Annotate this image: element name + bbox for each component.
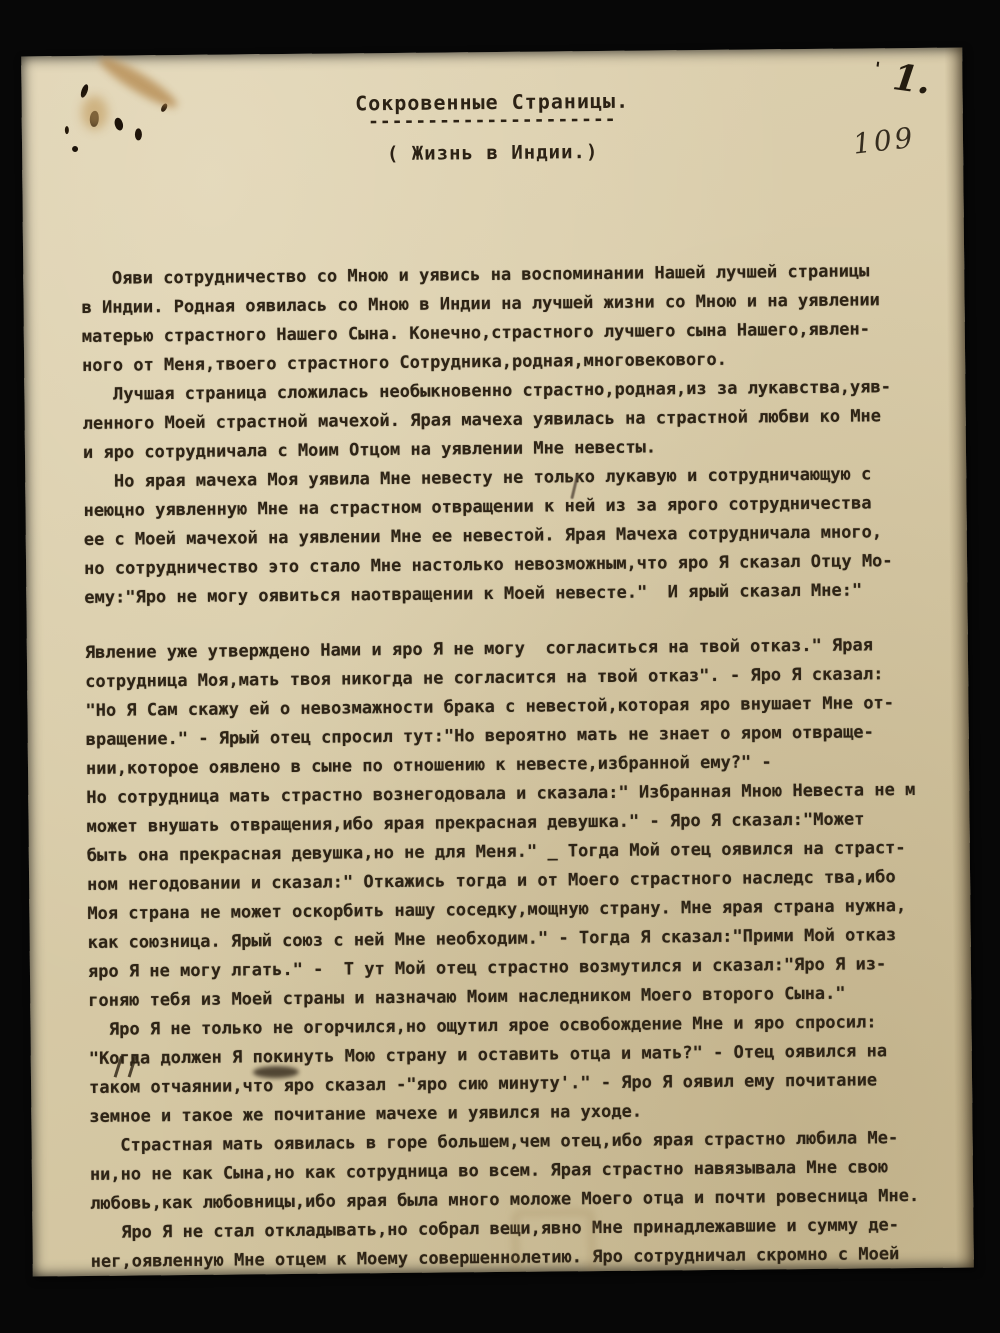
faint-stamp-ghost <box>512 1209 595 1276</box>
typescript-body: Ояви сотрудничество со Мною и уявись на … <box>80 170 963 1277</box>
page-subtitle: ( Жизнь в Индии.) <box>22 138 963 169</box>
ink-stain <box>135 128 142 140</box>
scanned-typescript-page-background: { "annotations": { "page_number_handwrit… <box>0 0 1000 1333</box>
handwriting-tick-mark: ' <box>873 59 881 81</box>
handwritten-page-number: '1. <box>885 55 933 102</box>
rust-smudge <box>82 96 108 130</box>
document-page: Сокровенные Страницы. ------------------… <box>21 48 974 1277</box>
ink-stain <box>72 146 78 152</box>
ink-stain <box>65 126 69 134</box>
handwritten-folio-number: 109 <box>851 121 917 161</box>
